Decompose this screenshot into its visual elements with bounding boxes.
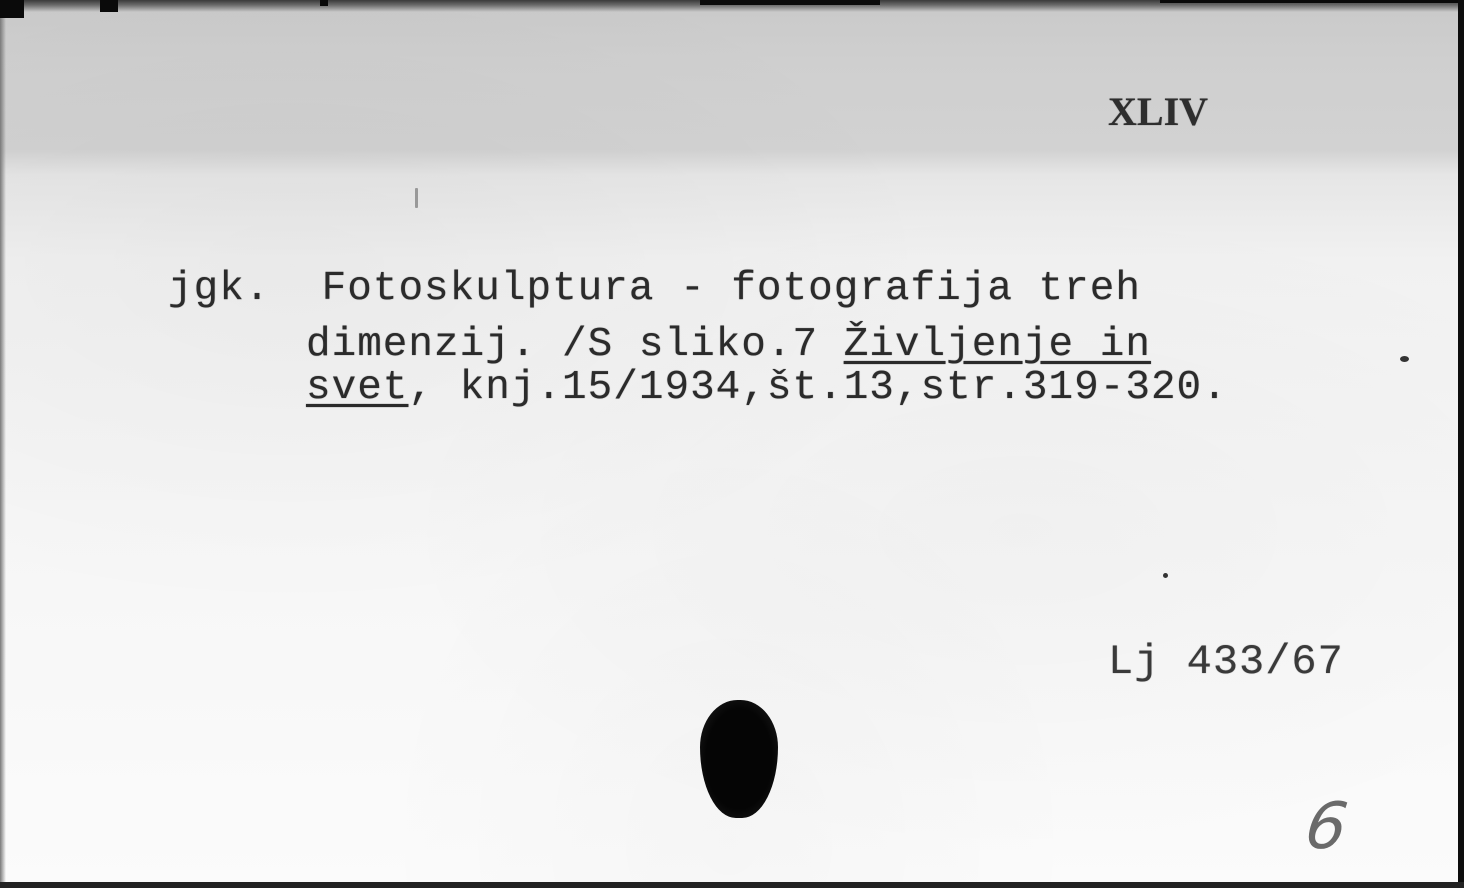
- title-continuation: dimenzij.: [306, 322, 562, 368]
- paper-speck: [1163, 573, 1168, 578]
- catalog-card: XLIV jgk. Fotoskulptura - fotografija tr…: [0, 0, 1458, 884]
- card-top-notch: [0, 0, 24, 18]
- author-code: jgk.: [168, 266, 270, 312]
- card-left-shadow: [0, 0, 6, 884]
- scan-border-right: [1458, 0, 1464, 888]
- card-top-notch: [320, 0, 328, 6]
- entry-title: Fotoskulptura - fotografija treh: [322, 266, 1141, 312]
- card-top-notch: [700, 0, 880, 5]
- entry-line-2: dimenzij. /S sliko.7 Življenje in: [306, 322, 1151, 368]
- scan-border-bottom: [0, 882, 1464, 888]
- handwritten-mark: 6: [1301, 790, 1352, 864]
- card-top-notch: [100, 0, 118, 12]
- bracket-note: /S sliko.7: [562, 322, 818, 368]
- journal-title-part-2: svet: [306, 365, 408, 411]
- citation-details: , knj.15/1934,št.13,str.319-320.: [408, 365, 1227, 411]
- punch-hole-icon: [700, 700, 778, 818]
- call-number: XLIV: [1108, 88, 1208, 135]
- card-top-notch: [1160, 0, 1458, 3]
- entry-line-3: svet, knj.15/1934,št.13,str.319-320.: [306, 365, 1228, 411]
- accession-number: Lj 433/67: [1108, 638, 1344, 686]
- paper-speck: [415, 188, 418, 208]
- journal-title-part-1: Življenje in: [844, 322, 1151, 368]
- entry-line-1: jgk. Fotoskulptura - fotografija treh: [168, 266, 1141, 312]
- paper-speck: [1400, 356, 1409, 362]
